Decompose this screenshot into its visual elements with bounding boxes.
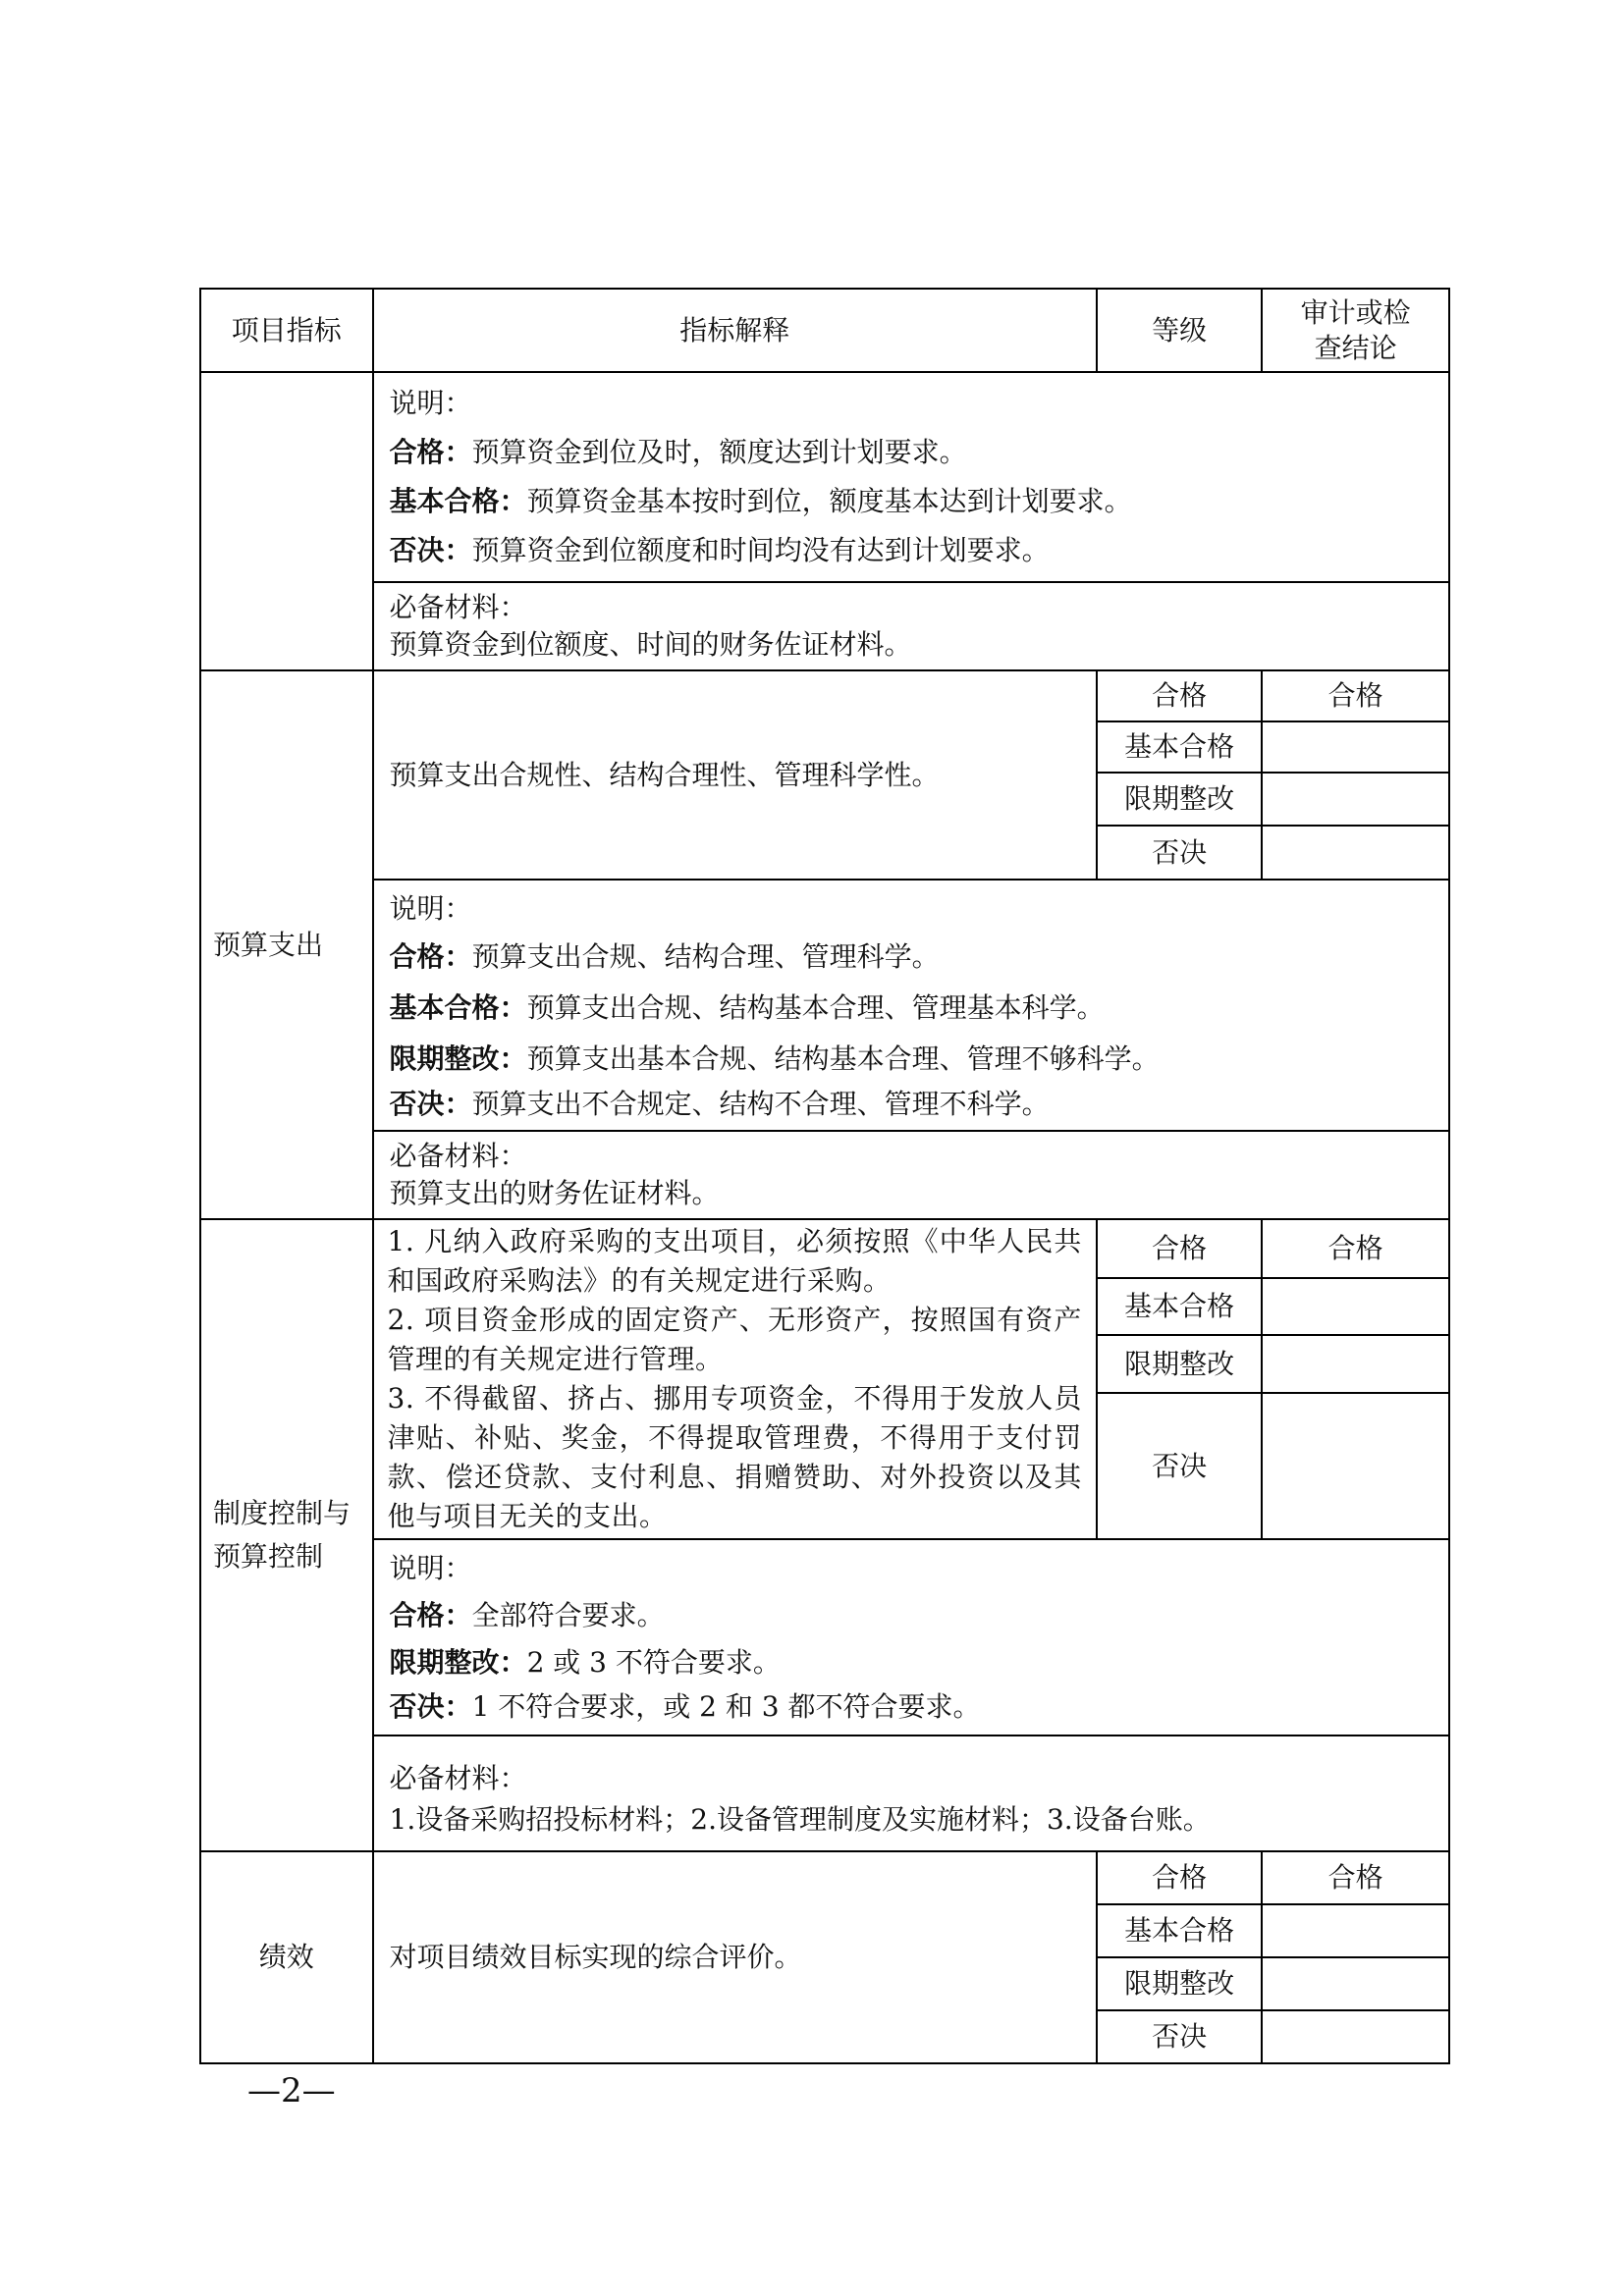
description-item: 2. 项目资金形成的固定资产、无形资产，按照国有资产管理的有关规定进行管理。	[388, 1301, 1082, 1379]
section-1-explain-row: 说明： 合格：预算资金到位及时，额度达到计划要求。 基本合格：预算资金基本按时到…	[200, 372, 1449, 582]
conclusion-cell	[1262, 1904, 1449, 1957]
explain-item: 限期整改：预算支出基本合规、结构基本合理、管理不够科学。	[390, 1034, 1436, 1085]
explain-title: 说明：	[390, 886, 1436, 932]
conclusion-cell: 合格	[1262, 1851, 1449, 1904]
header-grade: 等级	[1097, 289, 1263, 372]
section-2-grade-row: 预算支出 预算支出合规性、结构合理性、管理科学性。 合格 合格	[200, 670, 1449, 721]
explain-item: 否决：1 不符合要求，或 2 和 3 都不符合要求。	[390, 1685, 1436, 1729]
section-1-indicator	[200, 372, 373, 670]
section-3-indicator: 制度控制与预算控制	[200, 1219, 373, 1851]
explain-text: 预算支出合规、结构合理、管理科学。	[472, 940, 940, 973]
explain-item: 合格：预算资金到位及时，额度达到计划要求。	[390, 428, 1436, 477]
section-3-description: 1. 凡纳入政府采购的支出项目，必须按照《中华人民共和国政府采购法》的有关规定进…	[373, 1219, 1097, 1539]
header-indicator: 项目指标	[200, 289, 373, 372]
conclusion-cell	[1262, 1393, 1449, 1539]
materials-title: 必备材料：	[390, 1757, 1436, 1800]
materials-text: 预算支出的财务佐证材料。	[390, 1175, 1436, 1212]
explain-item: 基本合格：预算支出合规、结构基本合理、管理基本科学。	[390, 983, 1436, 1034]
grade-basic-pass: 基本合格	[1097, 721, 1263, 773]
explain-item: 限期整改：2 或 3 不符合要求。	[390, 1640, 1436, 1685]
conclusion-cell	[1262, 773, 1449, 826]
grade-basic-pass: 基本合格	[1097, 1278, 1263, 1336]
explain-item: 合格：全部符合要求。	[390, 1591, 1436, 1640]
explain-title: 说明：	[390, 1546, 1436, 1591]
section-2-explain-row: 说明： 合格：预算支出合规、结构合理、管理科学。 基本合格：预算支出合规、结构基…	[200, 880, 1449, 1131]
grade-veto: 否决	[1097, 2010, 1263, 2063]
conclusion-cell	[1262, 1278, 1449, 1336]
section-3-grade-row: 制度控制与预算控制 1. 凡纳入政府采购的支出项目，必须按照《中华人民共和国政府…	[200, 1219, 1449, 1278]
explain-label: 合格：	[390, 1599, 472, 1631]
grade-rectify: 限期整改	[1097, 1335, 1263, 1393]
section-2-description: 预算支出合规性、结构合理性、管理科学性。	[373, 670, 1097, 880]
grade-rectify: 限期整改	[1097, 1957, 1263, 2010]
section-3-materials: 必备材料： 1.设备采购招投标材料；2.设备管理制度及实施材料；3.设备台账。	[373, 1735, 1449, 1851]
section-3-explain-row: 说明： 合格：全部符合要求。 限期整改：2 或 3 不符合要求。 否决：1 不符…	[200, 1539, 1449, 1735]
materials-text: 预算资金到位额度、时间的财务佐证材料。	[390, 626, 1436, 664]
conclusion-cell	[1262, 2010, 1449, 2063]
header-explanation: 指标解释	[373, 289, 1097, 372]
conclusion-cell	[1262, 721, 1449, 773]
section-2-indicator: 预算支出	[200, 670, 373, 1219]
grade-pass: 合格	[1097, 1851, 1263, 1904]
explain-text: 预算资金基本按时到位，额度基本达到计划要求。	[527, 485, 1132, 517]
section-1-explain: 说明： 合格：预算资金到位及时，额度达到计划要求。 基本合格：预算资金基本按时到…	[373, 372, 1449, 582]
section-2-materials-row: 必备材料： 预算支出的财务佐证材料。	[200, 1131, 1449, 1219]
section-1-materials-row: 必备材料： 预算资金到位额度、时间的财务佐证材料。	[200, 582, 1449, 670]
evaluation-table: 项目指标 指标解释 等级 审计或检 查结论 说明： 合格：预算资金到位及时，额度…	[199, 288, 1450, 2064]
materials-text: 1.设备采购招投标材料；2.设备管理制度及实施材料；3.设备台账。	[390, 1800, 1436, 1840]
section-1-materials: 必备材料： 预算资金到位额度、时间的财务佐证材料。	[373, 582, 1449, 670]
header-conclusion-line1: 审计或检	[1263, 295, 1448, 331]
section-2-materials: 必备材料： 预算支出的财务佐证材料。	[373, 1131, 1449, 1219]
header-conclusion-line2: 查结论	[1263, 331, 1448, 366]
explain-label: 限期整改：	[390, 1646, 527, 1679]
grade-pass: 合格	[1097, 1219, 1263, 1278]
section-2-explain: 说明： 合格：预算支出合规、结构合理、管理科学。 基本合格：预算支出合规、结构基…	[373, 880, 1449, 1131]
conclusion-cell: 合格	[1262, 670, 1449, 721]
explain-text: 预算资金到位及时，额度达到计划要求。	[472, 436, 967, 468]
description-item: 3. 不得截留、挤占、挪用专项资金，不得用于发放人员津贴、补贴、奖金，不得提取管…	[388, 1379, 1082, 1536]
section-3-explain: 说明： 合格：全部符合要求。 限期整改：2 或 3 不符合要求。 否决：1 不符…	[373, 1539, 1449, 1735]
materials-title: 必备材料：	[390, 589, 1436, 626]
explain-label: 合格：	[390, 436, 472, 468]
explain-item: 基本合格：预算资金基本按时到位，额度基本达到计划要求。	[390, 477, 1436, 526]
section-3-materials-row: 必备材料： 1.设备采购招投标材料；2.设备管理制度及实施材料；3.设备台账。	[200, 1735, 1449, 1851]
explain-label: 合格：	[390, 940, 472, 973]
section-4-description: 对项目绩效目标实现的综合评价。	[373, 1851, 1097, 2063]
materials-title: 必备材料：	[390, 1138, 1436, 1175]
conclusion-cell	[1262, 826, 1449, 880]
explain-text: 1 不符合要求，或 2 和 3 都不符合要求。	[472, 1690, 981, 1723]
conclusion-cell	[1262, 1335, 1449, 1393]
explain-text: 预算支出基本合规、结构基本合理、管理不够科学。	[527, 1042, 1160, 1075]
grade-pass: 合格	[1097, 670, 1263, 721]
explain-text: 预算资金到位额度和时间均没有达到计划要求。	[472, 534, 1050, 566]
explain-item: 否决：预算资金到位额度和时间均没有达到计划要求。	[390, 526, 1436, 575]
explain-item: 合格：预算支出合规、结构合理、管理科学。	[390, 932, 1436, 983]
explain-label: 基本合格：	[390, 991, 527, 1024]
explain-text: 全部符合要求。	[472, 1599, 665, 1631]
header-conclusion: 审计或检 查结论	[1262, 289, 1449, 372]
explain-label: 否决：	[390, 534, 472, 566]
explain-text: 2 或 3 不符合要求。	[527, 1646, 781, 1679]
explain-title: 说明：	[390, 379, 1436, 428]
page-number: —2—	[247, 2071, 336, 2110]
explain-label: 限期整改：	[390, 1042, 527, 1075]
conclusion-cell	[1262, 1957, 1449, 2010]
explain-item: 否决：预算支出不合规定、结构不合理、管理不科学。	[390, 1085, 1436, 1124]
grade-basic-pass: 基本合格	[1097, 1904, 1263, 1957]
explain-label: 否决：	[390, 1690, 472, 1723]
grade-veto: 否决	[1097, 826, 1263, 880]
section-4-indicator: 绩效	[200, 1851, 373, 2063]
explain-text: 预算支出不合规定、结构不合理、管理不科学。	[472, 1088, 1050, 1120]
explain-label: 基本合格：	[390, 485, 527, 517]
section-4-grade-row: 绩效 对项目绩效目标实现的综合评价。 合格 合格	[200, 1851, 1449, 1904]
table-header-row: 项目指标 指标解释 等级 审计或检 查结论	[200, 289, 1449, 372]
grade-veto: 否决	[1097, 1393, 1263, 1539]
conclusion-cell: 合格	[1262, 1219, 1449, 1278]
explain-label: 否决：	[390, 1088, 472, 1120]
explain-text: 预算支出合规、结构基本合理、管理基本科学。	[527, 991, 1105, 1024]
description-item: 1. 凡纳入政府采购的支出项目，必须按照《中华人民共和国政府采购法》的有关规定进…	[388, 1222, 1082, 1301]
grade-rectify: 限期整改	[1097, 773, 1263, 826]
